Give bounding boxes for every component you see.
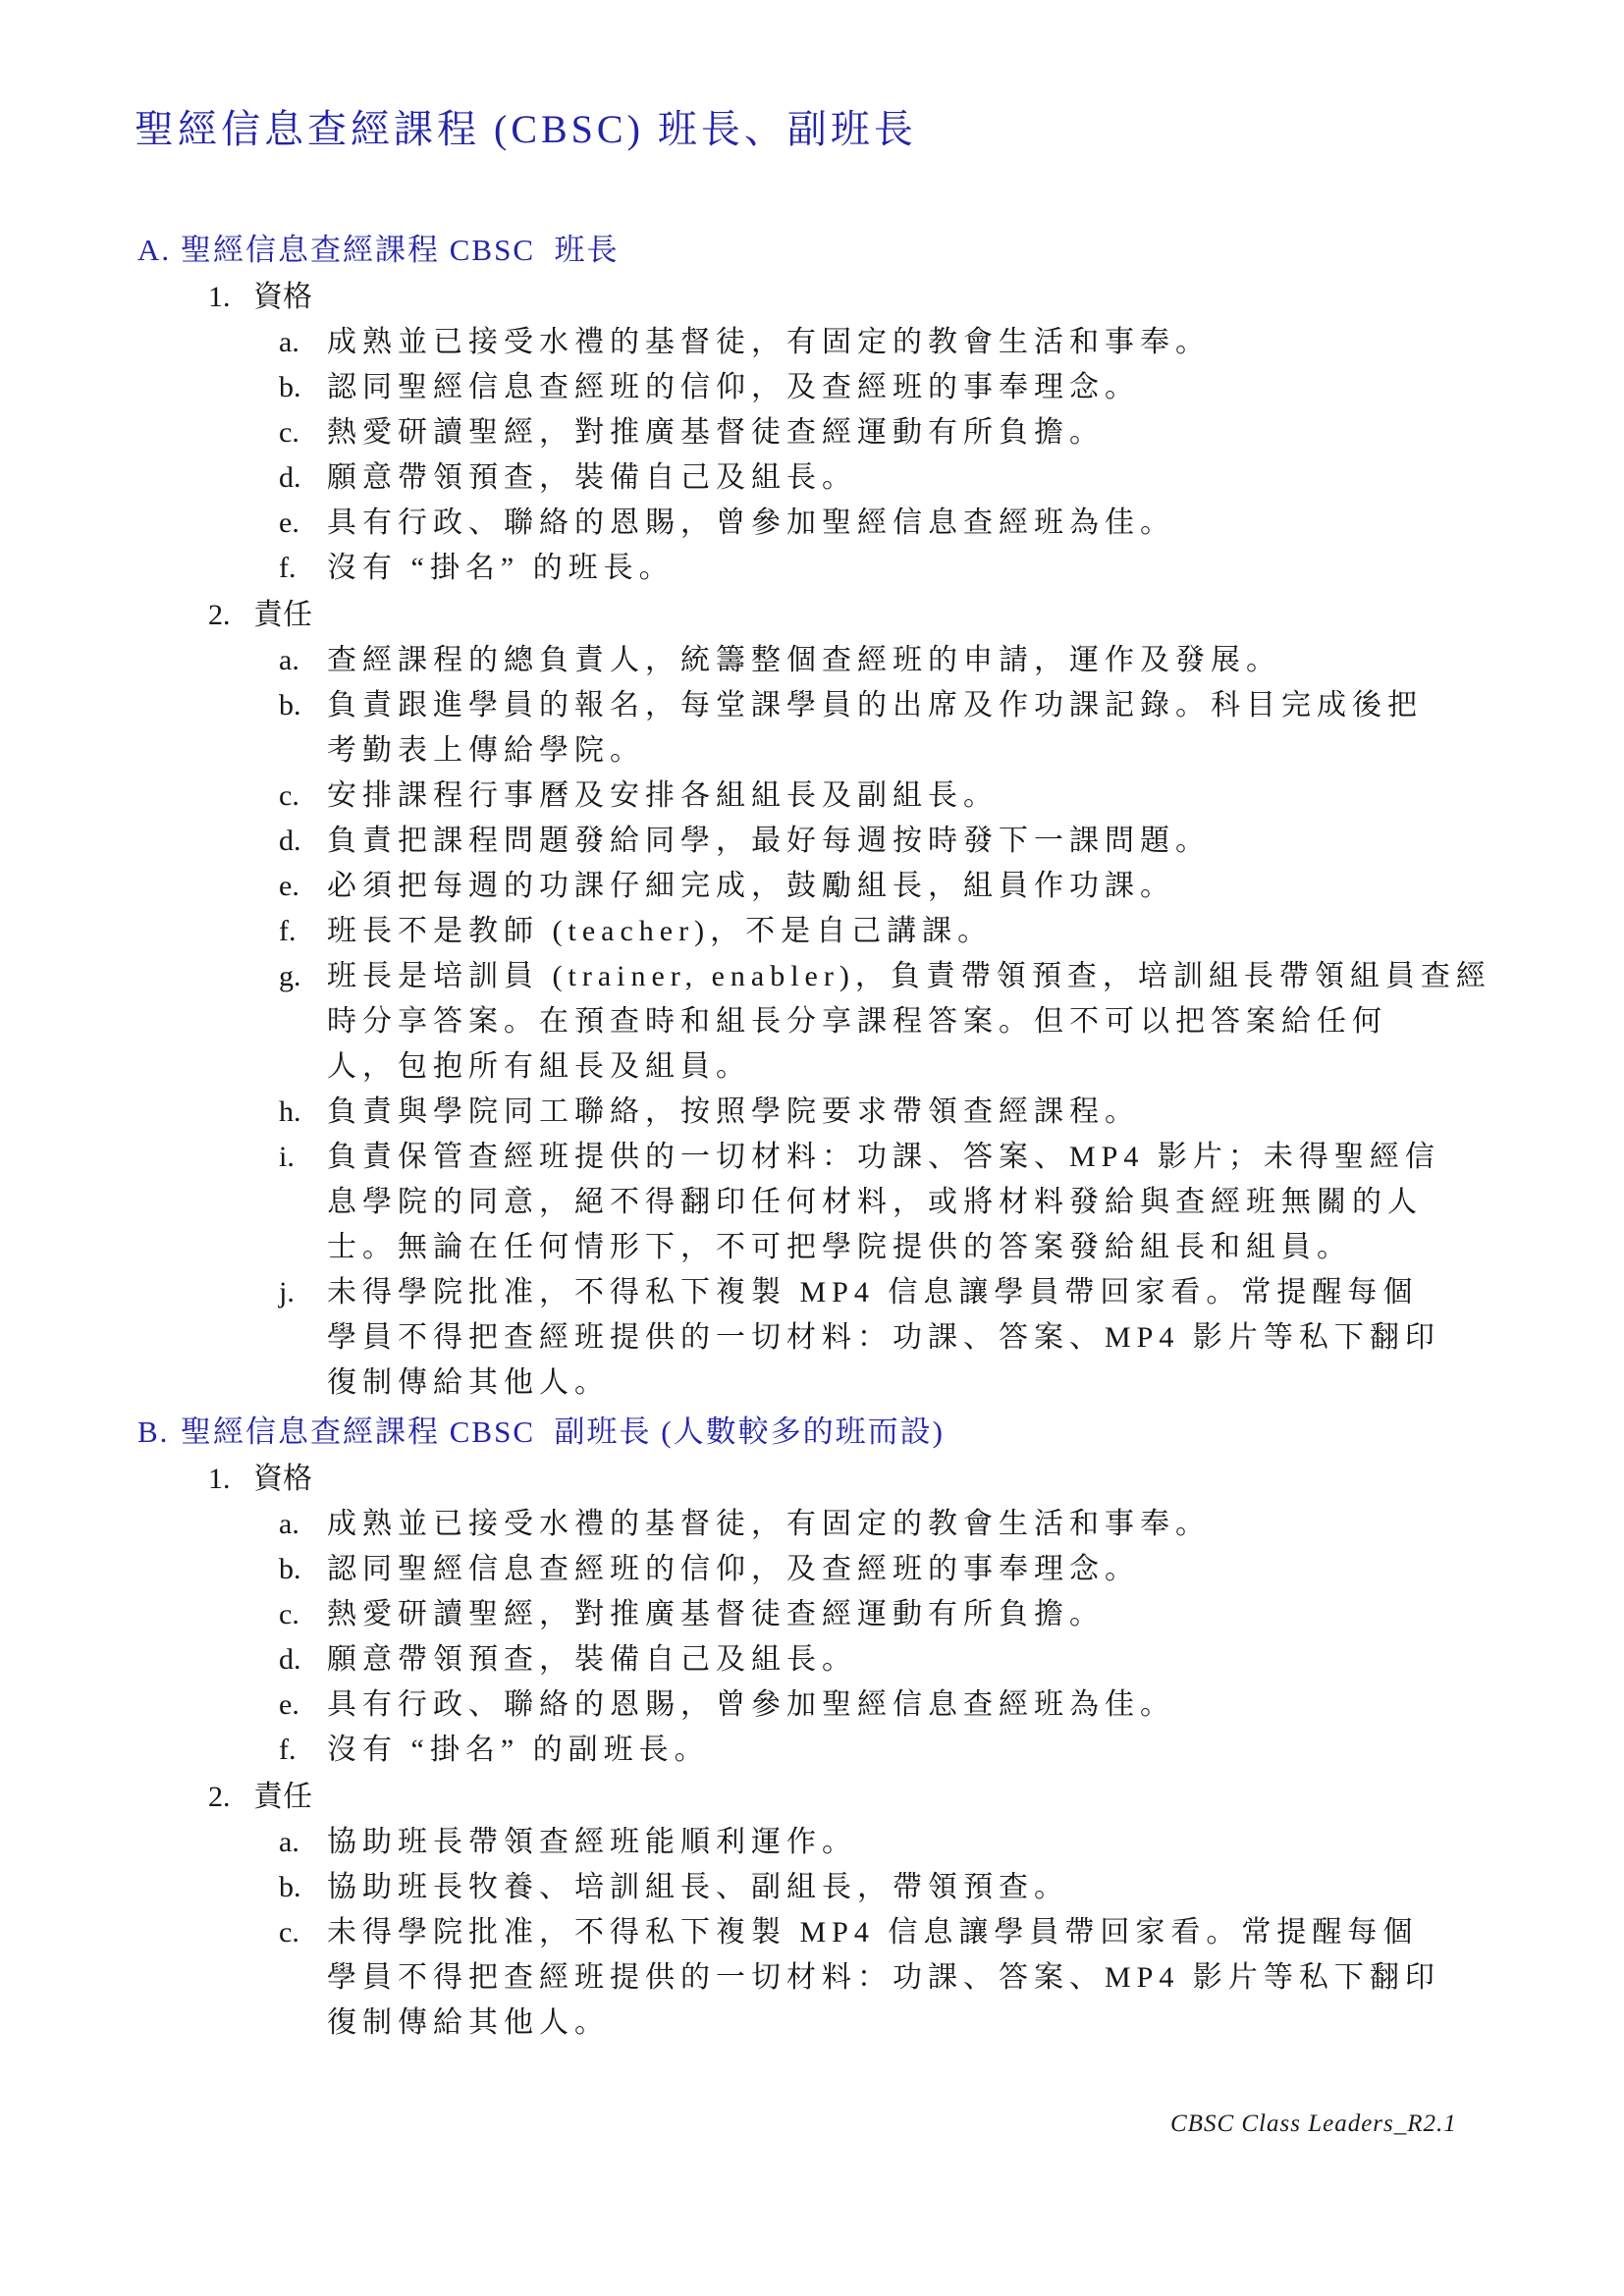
list-item: a.成熟並已接受水禮的基督徒，有固定的教會生活和事奉。 <box>0 320 1624 365</box>
list-item-text: 沒有 “掛名” 的副班長。 <box>327 1728 710 1773</box>
list-item: c.熱愛研讀聖經，對推廣基督徒查經運動有所負擔。 <box>0 410 1624 455</box>
list-item-text: 協助班長帶領查經班能順利運作。 <box>327 1820 857 1865</box>
list-item-letter: e. <box>279 501 327 546</box>
list-item: c.安排課程行事曆及安排各組組長及副組長。 <box>0 774 1624 819</box>
list-item-text: 熱愛研讀聖經，對推廣基督徒查經運動有所負擔。 <box>327 410 1105 455</box>
section-heading: 聖經信息查經課程 CBSC 班長 <box>181 228 620 273</box>
list-item-letter: b. <box>279 1547 327 1592</box>
list-item: j.未得學院批准，不得私下複製 MP4 信息讓學員帶回家看。常提醒每個 學員不得… <box>0 1270 1624 1406</box>
list-item-text: 負責把課程問題發給同學，最好每週按時發下一課問題。 <box>327 819 1211 864</box>
list-item-letter: c. <box>279 410 327 455</box>
subsection-number: 1. <box>208 275 253 320</box>
subsection-heading: 責任 <box>253 593 312 638</box>
list-item-letter: a. <box>279 320 327 365</box>
list-item-text: 願意帶領預查，裝備自己及組長。 <box>327 1637 857 1682</box>
list-item-letter: a. <box>279 1502 327 1547</box>
list-item-text: 必須把每週的功課仔細完成，鼓勵組長，組員作功課。 <box>327 864 1175 909</box>
list-item-text: 未得學院批准，不得私下複製 MP4 信息讓學員帶回家看。常提醒每個 學員不得把查… <box>327 1270 1440 1406</box>
list-item: d.負責把課程問題發給同學，最好每週按時發下一課問題。 <box>0 819 1624 864</box>
list-item: i.負責保管查經班提供的一切材料：功課、答案、MP4 影片；未得聖經信 息學院的… <box>0 1135 1624 1270</box>
list-item-text: 成熟並已接受水禮的基督徒，有固定的教會生活和事奉。 <box>327 1502 1211 1547</box>
list-item: a.協助班長帶領查經班能順利運作。 <box>0 1820 1624 1865</box>
list-item-letter: b. <box>279 683 327 728</box>
list-item-letter: e. <box>279 864 327 909</box>
list-item: f.沒有 “掛名” 的副班長。 <box>0 1728 1624 1773</box>
list-item-text: 未得學院批准，不得私下複製 MP4 信息讓學員帶回家看。常提醒每個 學員不得把查… <box>327 1910 1440 2046</box>
list-item-text: 認同聖經信息查經班的信仰，及查經班的事奉理念。 <box>327 1547 1140 1592</box>
section-label: B. <box>137 1410 181 1455</box>
document-title: 聖經信息查經課程 (CBSC) 班長、副班長 <box>135 98 917 154</box>
list-item: b.協助班長牧養、培訓組長、副組長，帶領預查。 <box>0 1865 1624 1910</box>
list-item: b.認同聖經信息查經班的信仰，及查經班的事奉理念。 <box>0 365 1624 410</box>
section-heading-row: A.聖經信息查經課程 CBSC 班長 <box>0 228 1624 273</box>
list-item: f.班長不是教師 (teacher)，不是自己講課。 <box>0 909 1624 954</box>
subsection-heading: 責任 <box>253 1775 312 1820</box>
list-item: f.沒有 “掛名” 的班長。 <box>0 546 1624 591</box>
list-item-letter: c. <box>279 1592 327 1637</box>
list-item: g.班長是培訓員 (trainer, enabler)，負責帶領預查，培訓組長帶… <box>0 954 1624 1090</box>
list-item-letter: c. <box>279 1910 327 1955</box>
list-item-text: 具有行政、聯絡的恩賜，曾參加聖經信息查經班為佳。 <box>327 501 1175 546</box>
list-item-letter: f. <box>279 546 327 591</box>
list-item-text: 協助班長牧養、培訓組長、副組長，帶領預查。 <box>327 1865 1069 1910</box>
list-item-text: 熱愛研讀聖經，對推廣基督徒查經運動有所負擔。 <box>327 1592 1105 1637</box>
list-item-letter: i. <box>279 1135 327 1180</box>
list-item-text: 班長不是教師 (teacher)，不是自己講課。 <box>327 909 993 954</box>
subsection-heading: 資格 <box>253 275 312 320</box>
subsection-number: 2. <box>208 593 253 638</box>
list-item-letter: d. <box>279 455 327 501</box>
list-item-text: 成熟並已接受水禮的基督徒，有固定的教會生活和事奉。 <box>327 320 1211 365</box>
list-item: c.熱愛研讀聖經，對推廣基督徒查經運動有所負擔。 <box>0 1592 1624 1637</box>
footer-version-label: CBSC Class Leaders_R2.1 <box>1170 2110 1457 2138</box>
list-item-text: 負責保管查經班提供的一切材料：功課、答案、MP4 影片；未得聖經信 息學院的同意… <box>327 1135 1440 1270</box>
list-item-text: 查經課程的總負責人，統籌整個查經班的申請，運作及發展。 <box>327 638 1281 683</box>
list-item-text: 願意帶領預查，裝備自己及組長。 <box>327 455 857 501</box>
list-item-letter: a. <box>279 638 327 683</box>
list-item-letter: f. <box>279 909 327 954</box>
subsection-heading-row: 2.責任 <box>0 593 1624 638</box>
list-item-letter: g. <box>279 954 327 999</box>
list-item-letter: a. <box>279 1820 327 1865</box>
list-item-letter: j. <box>279 1270 327 1315</box>
list-item-text: 認同聖經信息查經班的信仰，及查經班的事奉理念。 <box>327 365 1140 410</box>
section-heading-row: B.聖經信息查經課程 CBSC 副班長 (人數較多的班而設) <box>0 1410 1624 1455</box>
list-item-letter: f. <box>279 1728 327 1773</box>
list-item-text: 班長是培訓員 (trainer, enabler)，負責帶領預查，培訓組長帶領組… <box>327 954 1491 1090</box>
list-item: e.具有行政、聯絡的恩賜，曾參加聖經信息查經班為佳。 <box>0 1682 1624 1728</box>
list-item: e.必須把每週的功課仔細完成，鼓勵組長，組員作功課。 <box>0 864 1624 909</box>
document-body: A.聖經信息查經課程 CBSC 班長1.資格a.成熟並已接受水禮的基督徒，有固定… <box>0 224 1624 2046</box>
list-item-text: 負責與學院同工聯絡，按照學院要求帶領查經課程。 <box>327 1090 1140 1135</box>
list-item-letter: h. <box>279 1090 327 1135</box>
section-heading: 聖經信息查經課程 CBSC 副班長 (人數較多的班而設) <box>181 1410 945 1455</box>
subsection-heading-row: 2.責任 <box>0 1775 1624 1820</box>
subsection-heading: 資格 <box>253 1457 312 1502</box>
list-item: a.查經課程的總負責人，統籌整個查經班的申請，運作及發展。 <box>0 638 1624 683</box>
list-item-letter: b. <box>279 365 327 410</box>
list-item-letter: b. <box>279 1865 327 1910</box>
list-item: c.未得學院批准，不得私下複製 MP4 信息讓學員帶回家看。常提醒每個 學員不得… <box>0 1910 1624 2046</box>
list-item: d.願意帶領預查，裝備自己及組長。 <box>0 455 1624 501</box>
list-item-letter: e. <box>279 1682 327 1728</box>
list-item-letter: d. <box>279 819 327 864</box>
section-label: A. <box>137 228 181 273</box>
list-item: b.認同聖經信息查經班的信仰，及查經班的事奉理念。 <box>0 1547 1624 1592</box>
list-item: b.負責跟進學員的報名，每堂課學員的出席及作功課記錄。科目完成後把 考勤表上傳給… <box>0 683 1624 774</box>
list-item-letter: c. <box>279 774 327 819</box>
list-item-text: 安排課程行事曆及安排各組組長及副組長。 <box>327 774 999 819</box>
list-item-text: 負責跟進學員的報名，每堂課學員的出席及作功課記錄。科目完成後把 考勤表上傳給學院… <box>327 683 1423 774</box>
list-item-text: 具有行政、聯絡的恩賜，曾參加聖經信息查經班為佳。 <box>327 1682 1175 1728</box>
list-item-text: 沒有 “掛名” 的班長。 <box>327 546 675 591</box>
list-item: a.成熟並已接受水禮的基督徒，有固定的教會生活和事奉。 <box>0 1502 1624 1547</box>
list-item: e.具有行政、聯絡的恩賜，曾參加聖經信息查經班為佳。 <box>0 501 1624 546</box>
subsection-heading-row: 1.資格 <box>0 1457 1624 1502</box>
subsection-number: 2. <box>208 1775 253 1820</box>
list-item: d.願意帶領預查，裝備自己及組長。 <box>0 1637 1624 1682</box>
list-item: h.負責與學院同工聯絡，按照學院要求帶領查經課程。 <box>0 1090 1624 1135</box>
list-item-letter: d. <box>279 1637 327 1682</box>
subsection-number: 1. <box>208 1457 253 1502</box>
subsection-heading-row: 1.資格 <box>0 275 1624 320</box>
document-page: 聖經信息查經課程 (CBSC) 班長、副班長 A.聖經信息查經課程 CBSC 班… <box>0 0 1624 2296</box>
